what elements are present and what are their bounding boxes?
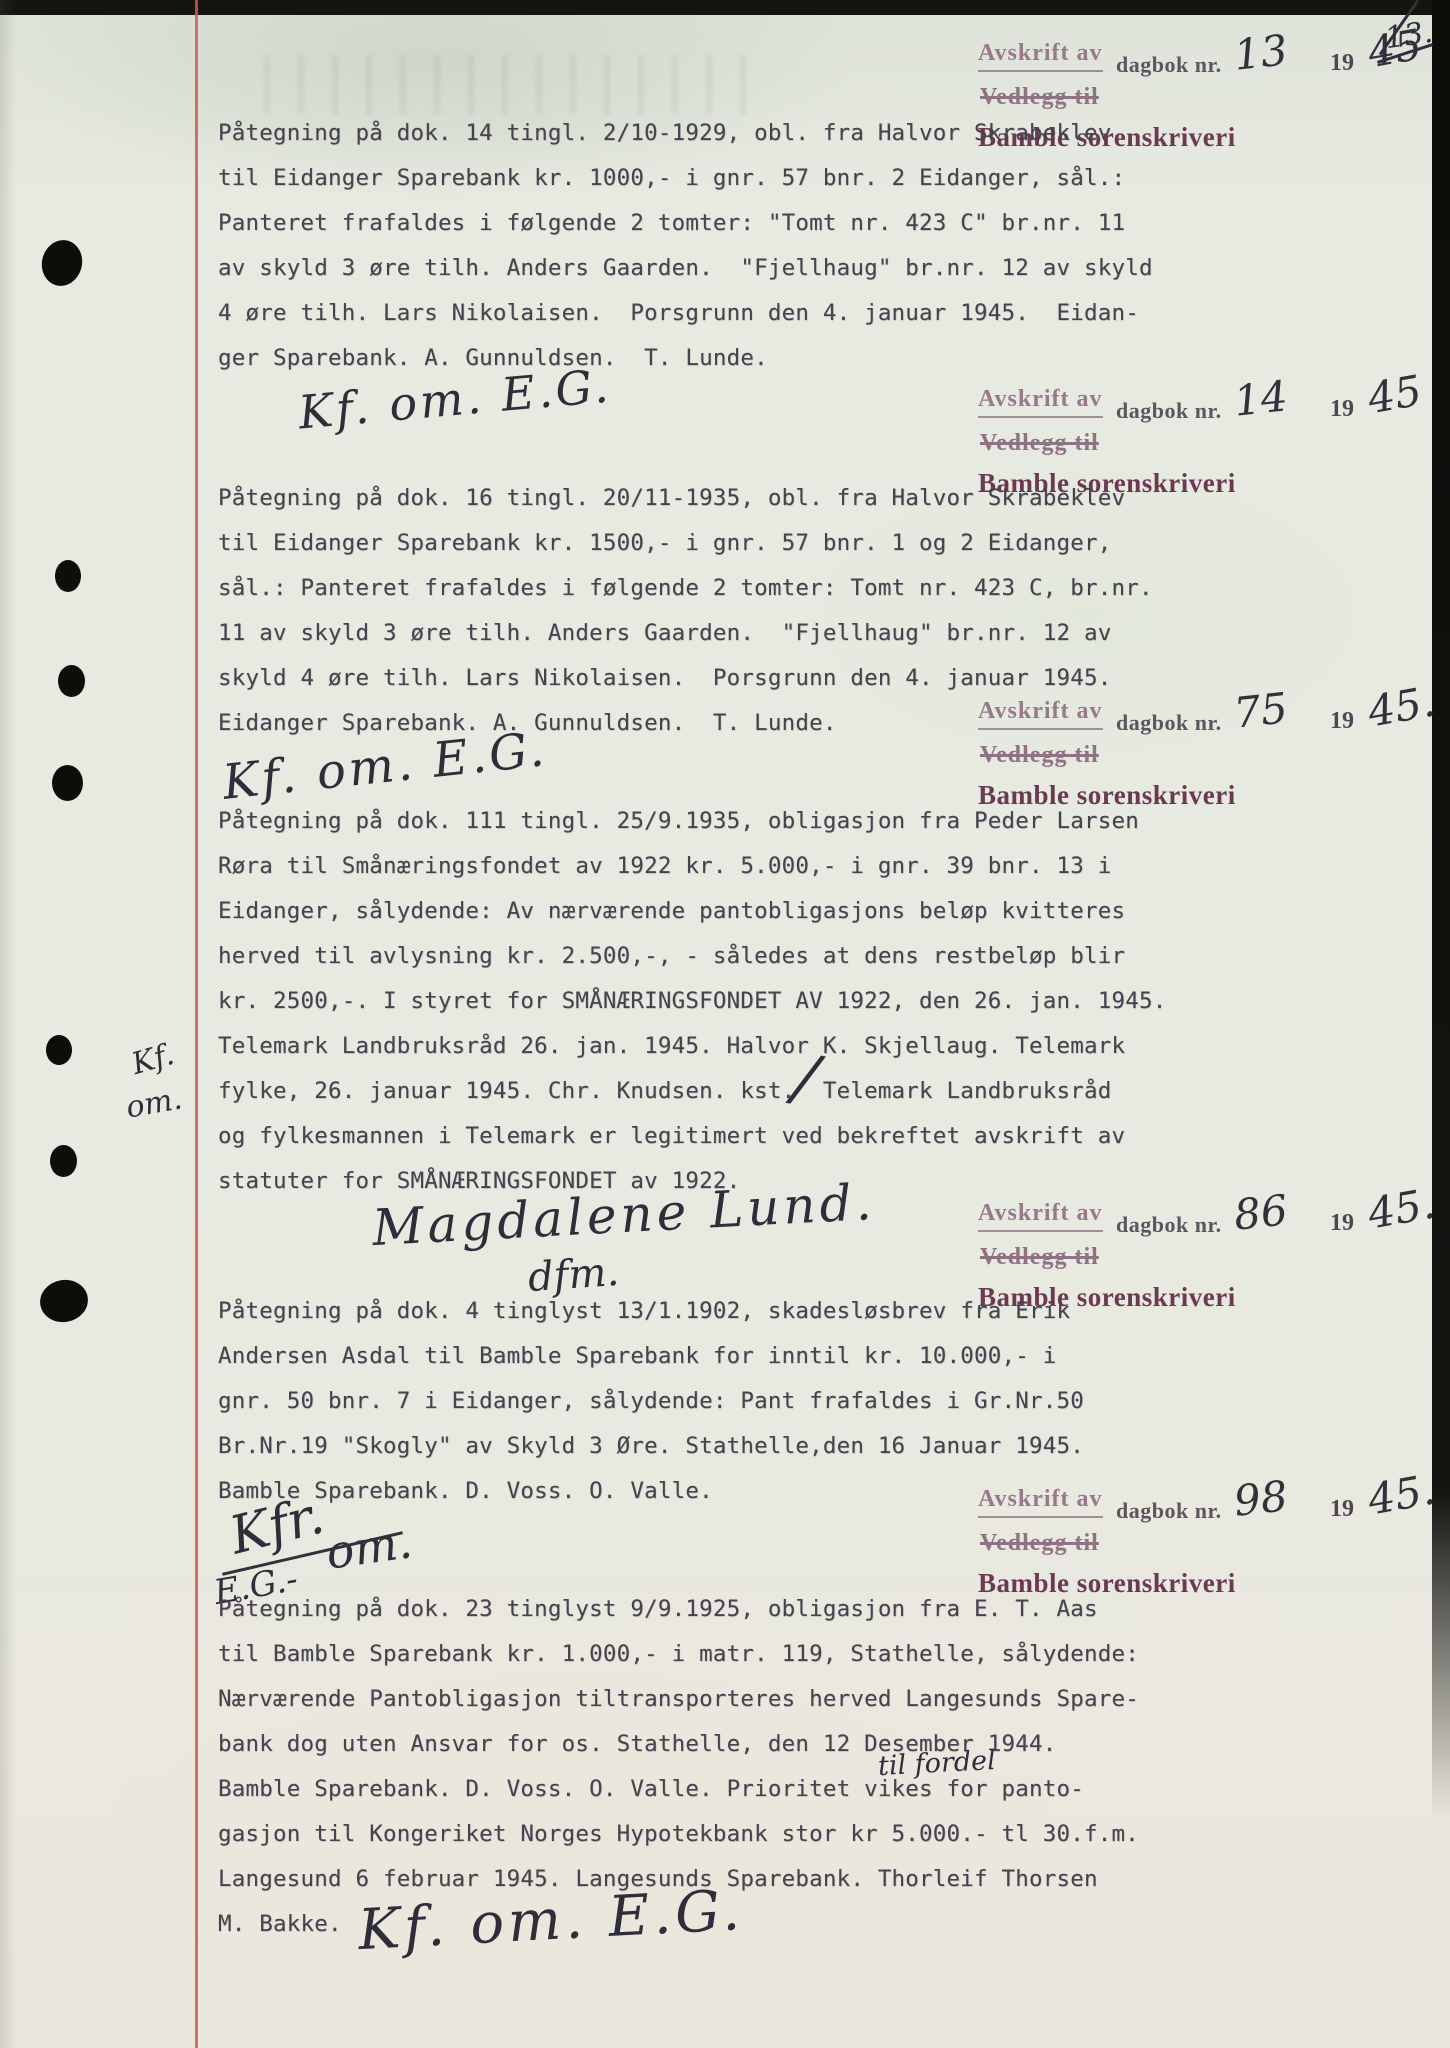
stamp-avskrift-label: Avskrift av	[978, 1200, 1103, 1232]
punch-hole	[58, 665, 85, 697]
journal-stamp: Avskrift av dagbok nr. 14 19 45 Vedlegg …	[978, 386, 1448, 501]
typed-line: kr. 2500,-. I styret for SMÅNÆRINGSFONDE…	[218, 990, 1166, 1013]
typed-line: Påtegning på dok. 111 tingl. 25/9.1935, …	[218, 810, 1139, 833]
stamp-vedlegg-label-struck: Vedlegg til	[980, 1244, 1099, 1271]
typed-line: herved til avlysning kr. 2.500,-, - såle…	[218, 945, 1125, 968]
typed-line: Telemark Landbruksråd 26. jan. 1945. Hal…	[218, 1035, 1125, 1058]
typed-line: skyld 4 øre tilh. Lars Nikolaisen. Porsg…	[218, 667, 1112, 690]
scanned-registry-page: 13. Avskrift av dagbok nr. 13 19 45 Vedl…	[0, 0, 1450, 2048]
stamp-vedlegg-label-struck: Vedlegg til	[980, 84, 1099, 111]
stamp-dagbok-label: dagbok nr.	[1116, 1498, 1222, 1524]
typed-line: Panteret frafaldes i følgende 2 tomter: …	[218, 212, 1125, 235]
signature-title: dfm.	[527, 1249, 621, 1301]
typed-line: til Eidanger Sparebank kr. 1500,- i gnr.…	[218, 532, 1112, 555]
typed-line: Eidanger, sålydende: Av nærværende panto…	[218, 900, 1125, 923]
journal-number-handwritten: 86	[1232, 1185, 1290, 1239]
year-handwritten: 45.	[1364, 677, 1438, 737]
ink-bleedthrough	[250, 55, 770, 115]
punch-hole	[37, 236, 87, 290]
scan-edge-top	[0, 0, 1450, 15]
punch-hole	[50, 1145, 77, 1177]
typed-line: gnr. 50 bnr. 7 i Eidanger, sålydende: Pa…	[218, 1390, 1084, 1413]
stamp-dagbok-label: dagbok nr.	[1116, 710, 1222, 736]
journal-stamp: Avskrift av dagbok nr. 75 19 45. Vedlegg…	[978, 698, 1448, 813]
typed-line: fylke, 26. januar 1945. Chr. Knudsen. ks…	[218, 1080, 1112, 1103]
typed-line: Bamble Sparebank. D. Voss. O. Valle. Pri…	[218, 1778, 1084, 1801]
scan-edge-left	[0, 0, 16, 2048]
typed-line: gasjon til Kongeriket Norges Hypotekbank…	[218, 1823, 1139, 1846]
typed-line: ger Sparebank. A. Gunnuldsen. T. Lunde.	[218, 347, 768, 370]
journal-number-handwritten: 13	[1232, 25, 1290, 79]
stamp-avskrift-label: Avskrift av	[978, 1486, 1103, 1518]
stamp-avskrift-label: Avskrift av	[978, 698, 1103, 730]
stamp-year-prefix: 19	[1330, 708, 1354, 735]
typed-line: til Bamble Sparebank kr. 1.000,- i matr.…	[218, 1643, 1139, 1666]
journal-number-handwritten: 98	[1232, 1471, 1290, 1525]
journal-number-handwritten: 14	[1232, 371, 1290, 425]
stamp-year-prefix: 19	[1330, 50, 1354, 77]
typed-line: til Eidanger Sparebank kr. 1000,- i gnr.…	[218, 167, 1125, 190]
stamp-avskrift-label: Avskrift av	[978, 40, 1103, 72]
typed-line: Røra til Smånæringsfondet av 1922 kr. 5.…	[218, 855, 1112, 878]
year-handwritten: 45	[1364, 366, 1425, 424]
typed-line: 11 av skyld 3 øre tilh. Anders Gaarden. …	[218, 622, 1112, 645]
margin-confirmation-note: om.	[123, 1081, 184, 1125]
year-handwritten: 45.	[1364, 1465, 1438, 1525]
stamp-dagbok-label: dagbok nr.	[1116, 52, 1222, 78]
typed-line: sål.: Panteret frafaldes i følgende 2 to…	[218, 577, 1153, 600]
typed-line: Påtegning på dok. 16 tingl. 20/11-1935, …	[218, 487, 1125, 510]
journal-stamp: Avskrift av dagbok nr. 98 19 45. Vedlegg…	[978, 1486, 1448, 1601]
typed-line: av skyld 3 øre tilh. Anders Gaarden. "Fj…	[218, 257, 1153, 280]
stamp-year-prefix: 19	[1330, 1210, 1354, 1237]
punch-hole	[46, 1035, 72, 1065]
stamp-vedlegg-label-struck: Vedlegg til	[980, 1530, 1099, 1557]
typed-line: Påtegning på dok. 4 tinglyst 13/1.1902, …	[218, 1300, 1070, 1323]
stamp-office-name: Bamble sorenskriveri	[978, 1568, 1236, 1599]
typed-line: M. Bakke.	[218, 1913, 342, 1936]
typed-line: Br.Nr.19 "Skogly" av Skyld 3 Øre. Stathe…	[218, 1435, 1084, 1458]
year-handwritten: 45.	[1364, 1179, 1438, 1239]
journal-number-handwritten: 75	[1232, 683, 1290, 737]
typed-line: Andersen Asdal til Bamble Sparebank for …	[218, 1345, 1057, 1368]
typed-line: og fylkesmannen i Telemark er legitimert…	[218, 1125, 1125, 1148]
punch-hole	[55, 560, 81, 592]
typed-line: Påtegning på dok. 23 tinglyst 9/9.1925, …	[218, 1598, 1098, 1621]
stamp-year-prefix: 19	[1330, 1496, 1354, 1523]
stamp-vedlegg-label-struck: Vedlegg til	[980, 742, 1099, 769]
typed-line: Påtegning på dok. 14 tingl. 2/10-1929, o…	[218, 122, 1112, 145]
stamp-dagbok-label: dagbok nr.	[1116, 1212, 1222, 1238]
stamp-year-prefix: 19	[1330, 396, 1354, 423]
red-margin-line	[195, 0, 198, 2048]
year-handwritten: 45	[1364, 20, 1425, 78]
typed-line: Nærværende Pantobligasjon tiltransporter…	[218, 1688, 1139, 1711]
handwritten-insertion-note: til fordel	[877, 1745, 996, 1782]
stamp-office-name: Bamble sorenskriveri	[978, 780, 1236, 811]
stamp-avskrift-label: Avskrift av	[978, 386, 1103, 418]
typed-line: 4 øre tilh. Lars Nikolaisen. Porsgrunn d…	[218, 302, 1139, 325]
stamp-vedlegg-label-struck: Vedlegg til	[980, 430, 1099, 457]
margin-confirmation-note: Kf.	[128, 1037, 178, 1082]
punch-hole	[52, 765, 83, 801]
stamp-dagbok-label: dagbok nr.	[1116, 398, 1222, 424]
punch-hole	[37, 1276, 92, 1326]
